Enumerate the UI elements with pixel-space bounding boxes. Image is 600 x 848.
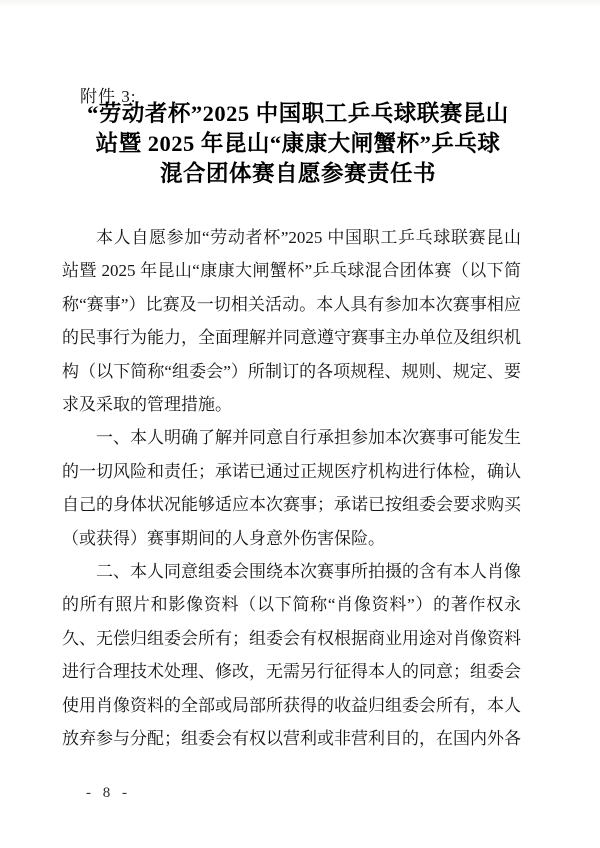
paragraph-intro: 本人自愿参加“劳动者杯”2025 中国职工乒乓球联赛昆山站暨 2025 年昆山“… bbox=[62, 221, 521, 421]
paragraph-clause-one: 一、本人明确了解并同意自行承担参加本次赛事可能发生的一切风险和责任；承诺已通过正… bbox=[62, 421, 521, 555]
title-line-2: 站暨 2025 年昆山“康康大闸蟹杯”乒乓球 bbox=[0, 129, 596, 159]
page-number: - 8 - bbox=[86, 785, 131, 802]
document-body: 本人自愿参加“劳动者杯”2025 中国职工乒乓球联赛昆山站暨 2025 年昆山“… bbox=[62, 221, 521, 756]
document-title: “劳动者杯”2025 中国职工乒乓球联赛昆山 站暨 2025 年昆山“康康大闸蟹… bbox=[0, 99, 596, 189]
document-page: 附件 3: “劳动者杯”2025 中国职工乒乓球联赛昆山 站暨 2025 年昆山… bbox=[0, 0, 600, 848]
title-line-3: 混合团体赛自愿参赛责任书 bbox=[0, 159, 596, 189]
paragraph-clause-two: 二、本人同意组委会围绕本次赛事所拍摄的含有本人肖像的所有照片和影像资料（以下简称… bbox=[62, 555, 521, 755]
title-line-1: “劳动者杯”2025 中国职工乒乓球联赛昆山 bbox=[0, 99, 596, 129]
